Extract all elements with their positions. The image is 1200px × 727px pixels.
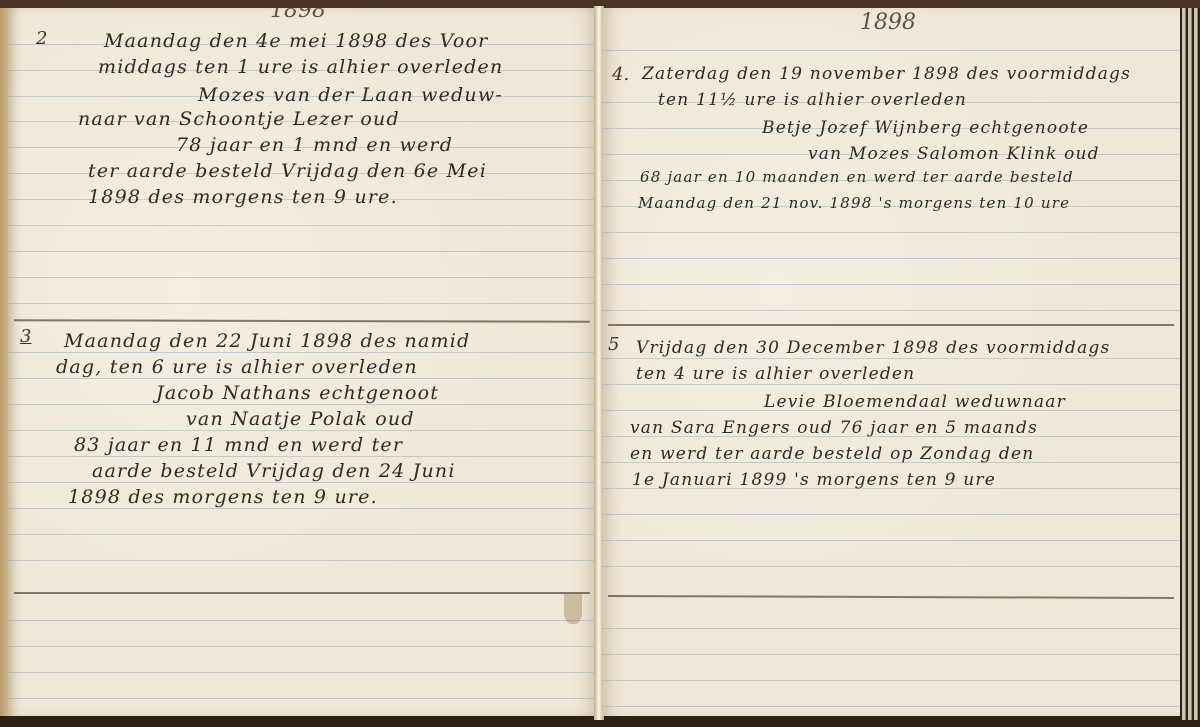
entry-text-line: Maandag den 21 nov. 1898 's morgens ten …: [638, 194, 1070, 212]
entry-text-line: naar van Schoontje Lezer oud: [78, 108, 400, 130]
entry-text-line: van Naatje Polak oud: [186, 408, 415, 430]
entry-text-line: 1898 des morgens ten 9 ure.: [88, 186, 398, 208]
entry-text-line: van Sara Engers oud 76 jaar en 5 maands: [630, 418, 1038, 438]
entry-text-line: Jacob Nathans echtgenoot: [156, 382, 439, 404]
entry-text-line: 68 jaar en 10 maanden en werd ter aarde …: [640, 168, 1074, 186]
entry-text-line: dag, ten 6 ure is alhier overleden: [56, 356, 418, 378]
entry-text-line: ten 11½ ure is alhier overleden: [658, 90, 967, 110]
entry-number: 5: [608, 334, 619, 355]
entry-text-line: 78 jaar en 1 mnd en werd: [176, 134, 453, 156]
entry-text-line: Maandag den 22 Juni 1898 des namid: [64, 330, 470, 352]
entry-text-line: 83 jaar en 11 mnd en werd ter: [74, 434, 403, 456]
right-page: 1898 4. Zaterdag den 19 november 1898 de…: [602, 8, 1180, 716]
open-ledger-book: 1898 2 Maandag den 4e mei 1898 des Voor …: [0, 0, 1200, 727]
entry-text-line: Levie Bloemendaal weduwnaar: [764, 392, 1066, 412]
entry-text-line: aarde besteld Vrijdag den 24 Juni: [92, 460, 456, 482]
entry-number: 4.: [612, 64, 629, 85]
entry-text-line: Maandag den 4e mei 1898 des Voor: [104, 30, 488, 52]
year-heading: 1898: [270, 8, 326, 23]
entry-divider: [14, 319, 590, 323]
entry-number: 3: [20, 326, 31, 347]
entry-text-line: 1e Januari 1899 's morgens ten 9 ure: [632, 470, 996, 490]
entry-text-line: en werd ter aarde besteld op Zondag den: [630, 444, 1034, 464]
entry-text-line: ter aarde besteld Vrijdag den 6e Mei: [88, 160, 487, 182]
entry-text-line: van Mozes Salomon Klink oud: [808, 144, 1100, 164]
entry-text-line: middags ten 1 ure is alhier overleden: [98, 56, 503, 78]
entry-number: 2: [36, 28, 47, 49]
entry-divider: [608, 595, 1174, 599]
entry-text-line: Vrijdag den 30 December 1898 des voormid…: [636, 338, 1110, 358]
year-heading: 1898: [860, 10, 916, 35]
page-stack-edge: [1180, 8, 1200, 720]
entry-text-line: Zaterdag den 19 november 1898 des voormi…: [642, 64, 1131, 84]
ink-stain: [564, 594, 582, 624]
entry-text-line: 1898 des morgens ten 9 ure.: [68, 486, 378, 508]
entry-divider: [14, 592, 590, 594]
entry-text-line: ten 4 ure is alhier overleden: [636, 364, 915, 384]
entry-text-line: Betje Jozef Wijnberg echtgenoote: [762, 118, 1089, 138]
left-page: 1898 2 Maandag den 4e mei 1898 des Voor …: [8, 8, 596, 716]
entry-text-line: Mozes van der Laan weduw-: [198, 84, 503, 106]
entry-divider: [608, 324, 1174, 326]
